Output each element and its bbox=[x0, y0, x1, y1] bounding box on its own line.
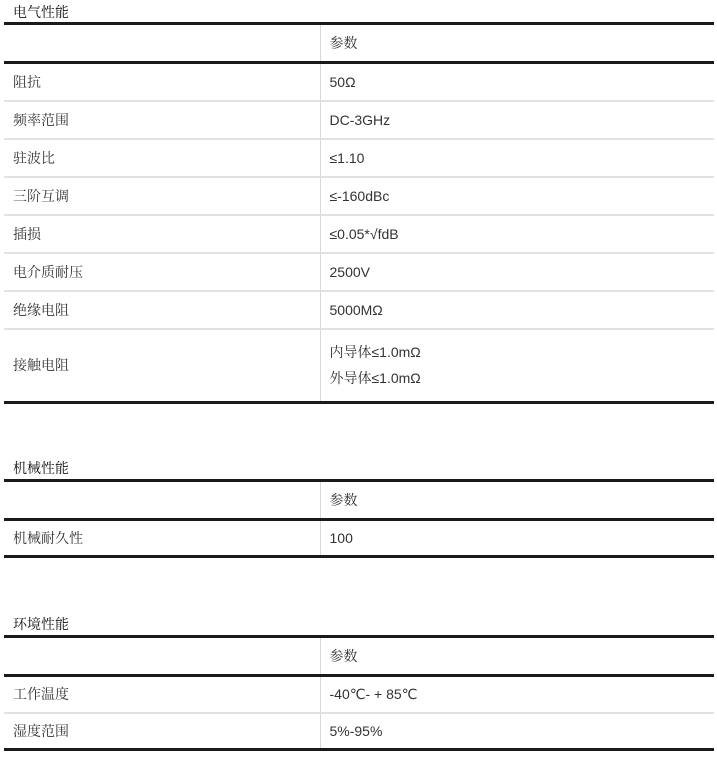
table-row: 湿度范围 5%-95% bbox=[4, 713, 714, 750]
value-cell: DC-3GHz bbox=[320, 101, 714, 139]
header-param bbox=[4, 481, 320, 520]
value-cell: -40℃- + 85℃ bbox=[320, 676, 714, 713]
value-line: 内导体≤1.0mΩ bbox=[330, 339, 715, 365]
section-title: 环境性能 bbox=[13, 615, 69, 633]
value-cell: 5000MΩ bbox=[320, 291, 714, 329]
table-row: 阻抗 50Ω bbox=[4, 63, 714, 101]
environmental-spec-table: 参数 工作温度 -40℃- + 85℃ 湿度范围 5%-95% bbox=[4, 635, 714, 751]
table-row: 插损 ≤0.05*√fdB bbox=[4, 215, 714, 253]
header-value: 参数 bbox=[320, 481, 714, 520]
table-row: 电介质耐压 2500V bbox=[4, 253, 714, 291]
value-cell: ≤1.10 bbox=[320, 139, 714, 177]
table-row: 驻波比 ≤1.10 bbox=[4, 139, 714, 177]
value-cell: 内导体≤1.0mΩ 外导体≤1.0mΩ bbox=[320, 329, 714, 403]
value-cell: 2500V bbox=[320, 253, 714, 291]
param-cell: 电介质耐压 bbox=[4, 253, 320, 291]
mechanical-spec-table: 参数 机械耐久性 100 bbox=[4, 479, 714, 558]
value-cell: 100 bbox=[320, 520, 714, 557]
param-cell: 频率范围 bbox=[4, 101, 320, 139]
table-row: 接触电阻 内导体≤1.0mΩ 外导体≤1.0mΩ bbox=[4, 329, 714, 403]
table-header-row: 参数 bbox=[4, 24, 714, 63]
param-cell: 插损 bbox=[4, 215, 320, 253]
param-cell: 机械耐久性 bbox=[4, 520, 320, 557]
param-cell: 接触电阻 bbox=[4, 329, 320, 403]
table-row: 绝缘电阻 5000MΩ bbox=[4, 291, 714, 329]
table-header-row: 参数 bbox=[4, 637, 714, 676]
electrical-spec-table: 参数 阻抗 50Ω 频率范围 DC-3GHz 驻波比 ≤1.10 三阶互调 ≤-… bbox=[4, 22, 714, 404]
param-cell: 阻抗 bbox=[4, 63, 320, 101]
param-cell: 三阶互调 bbox=[4, 177, 320, 215]
value-line: 外导体≤1.0mΩ bbox=[330, 365, 715, 391]
table-row: 频率范围 DC-3GHz bbox=[4, 101, 714, 139]
section-title: 电气性能 bbox=[13, 3, 69, 21]
header-param bbox=[4, 24, 320, 63]
section-title: 机械性能 bbox=[13, 459, 69, 477]
value-cell: 50Ω bbox=[320, 63, 714, 101]
param-cell: 驻波比 bbox=[4, 139, 320, 177]
header-value: 参数 bbox=[320, 24, 714, 63]
table-row: 机械耐久性 100 bbox=[4, 520, 714, 557]
table-row: 工作温度 -40℃- + 85℃ bbox=[4, 676, 714, 713]
value-cell: ≤0.05*√fdB bbox=[320, 215, 714, 253]
table-row: 三阶互调 ≤-160dBc bbox=[4, 177, 714, 215]
table-header-row: 参数 bbox=[4, 481, 714, 520]
header-param bbox=[4, 637, 320, 676]
header-value: 参数 bbox=[320, 637, 714, 676]
param-cell: 湿度范围 bbox=[4, 713, 320, 750]
value-cell: ≤-160dBc bbox=[320, 177, 714, 215]
param-cell: 工作温度 bbox=[4, 676, 320, 713]
value-cell: 5%-95% bbox=[320, 713, 714, 750]
param-cell: 绝缘电阻 bbox=[4, 291, 320, 329]
